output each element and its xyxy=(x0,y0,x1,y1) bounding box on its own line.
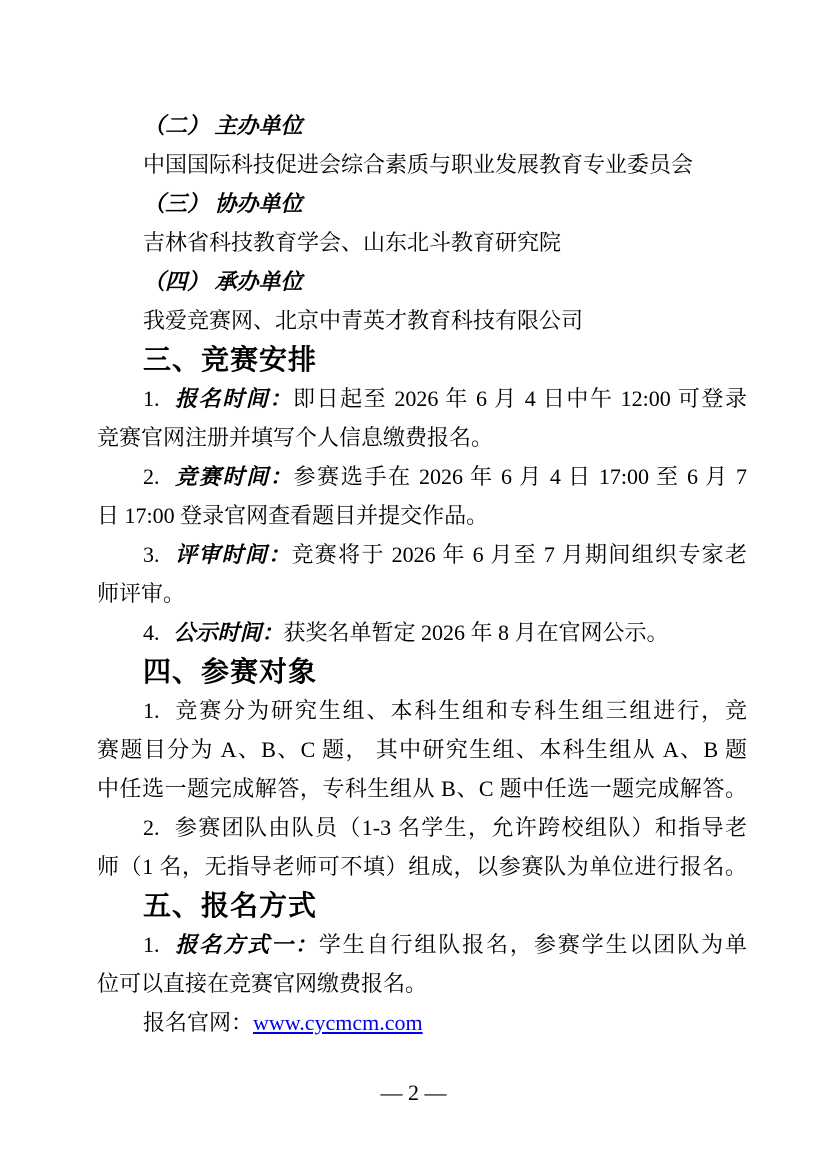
item-registration-method1-label: 报名方式一： xyxy=(174,932,319,957)
item-number: 1. xyxy=(143,698,160,723)
item-competition-time-continuation: 日 17:00 登录官网查看题目并提交作品。 xyxy=(97,496,747,535)
item-number: 3. xyxy=(143,542,160,567)
item-registration-time-text: 即日起至 2026 年 6 月 4 日中午 12:00 可登录 xyxy=(293,386,747,411)
subheading-coorganizer-unit: （三） 协办单位 xyxy=(97,184,747,223)
coorganizer-unit-names-text: 吉林省科技教育学会、山东北斗教育研究院 xyxy=(143,230,561,255)
section-heading-participants: 四、参赛对象 xyxy=(97,652,747,691)
subheading-host-unit-text: （二） 主办单位 xyxy=(143,113,303,138)
host-unit-name-text: 中国国际科技促进会综合素质与职业发展教育专业委员会 xyxy=(143,152,693,177)
page-number: — 2 — xyxy=(0,1078,827,1108)
registration-website-label: 报名官网： xyxy=(143,1010,253,1035)
item-review-time: 3.评审时间：竞赛将于 2026 年 6 月至 7 月期间组织专家老 xyxy=(97,535,747,574)
item-registration-method1-line1-text: 学生自行组队报名，参赛学生以团队为单 xyxy=(319,932,747,957)
organizer-unit-names-text: 我爱竞赛网、北京中青英才教育科技有限公司 xyxy=(143,308,583,333)
item-registration-method1-line2: 位可以直接在竞赛官网缴费报名。 xyxy=(97,964,747,1003)
subheading-host-unit: （二） 主办单位 xyxy=(97,106,747,145)
item-registration-time-continuation: 竞赛官网注册并填写个人信息缴费报名。 xyxy=(97,418,747,457)
item-competition-time-text: 参赛选手在 2026 年 6 月 4 日 17:00 至 6 月 7 xyxy=(293,464,747,489)
item-groups-line2-text: 赛题目分为 A、B、C 题， 其中研究生组、本科生组从 A、B 题 xyxy=(97,737,747,762)
subheading-organizer-unit-text: （四） 承办单位 xyxy=(143,269,303,294)
item-competition-time: 2.竞赛时间：参赛选手在 2026 年 6 月 4 日 17:00 至 6 月 … xyxy=(97,457,747,496)
section-heading-participants-text: 四、参赛对象 xyxy=(143,656,317,687)
host-unit-name: 中国国际科技促进会综合素质与职业发展教育专业委员会 xyxy=(97,145,747,184)
item-number: 2. xyxy=(143,464,160,489)
item-groups-line3: 中任选一题完成解答，专科生组从 B、C 题中任选一题完成解答。 xyxy=(97,769,747,808)
item-registration-method1-line2-text: 位可以直接在竞赛官网缴费报名。 xyxy=(97,971,427,996)
item-number: 4. xyxy=(143,620,160,645)
item-announcement-time-label: 公示时间： xyxy=(174,620,284,645)
document-page: （二） 主办单位 中国国际科技促进会综合素质与职业发展教育专业委员会 （三） 协… xyxy=(0,0,827,1169)
section-heading-registration-method-text: 五、报名方式 xyxy=(143,890,317,921)
item-groups-line3-text: 中任选一题完成解答，专科生组从 B、C 题中任选一题完成解答。 xyxy=(97,776,747,801)
item-review-time-continuation: 师评审。 xyxy=(97,574,747,613)
item-review-time-text: 竞赛将于 2026 年 6 月至 7 月期间组织专家老 xyxy=(291,542,747,567)
item-registration-time: 1.报名时间：即日起至 2026 年 6 月 4 日中午 12:00 可登录 xyxy=(97,379,747,418)
item-team-composition-line2: 师（1 名，无指导老师可不填）组成，以参赛队为单位进行报名。 xyxy=(97,847,747,886)
item-registration-time-continuation-text: 竞赛官网注册并填写个人信息缴费报名。 xyxy=(97,425,493,450)
section-heading-competition-schedule: 三、竞赛安排 xyxy=(97,340,747,379)
item-number: 1. xyxy=(143,386,160,411)
item-team-composition-line1-text: 参赛团队由队员（1-3 名学生，允许跨校组队）和指导老 xyxy=(174,815,748,840)
item-team-composition-line1: 2.参赛团队由队员（1-3 名学生，允许跨校组队）和指导老 xyxy=(97,808,747,847)
item-review-time-continuation-text: 师评审。 xyxy=(97,581,185,606)
item-competition-time-continuation-text: 日 17:00 登录官网查看题目并提交作品。 xyxy=(97,503,488,528)
item-competition-time-label: 竞赛时间： xyxy=(174,464,294,489)
subheading-organizer-unit: （四） 承办单位 xyxy=(97,262,747,301)
item-announcement-time-text: 获奖名单暂定 2026 年 8 月在官网公示。 xyxy=(284,620,669,645)
registration-website-line: 报名官网：www.cycmcm.com xyxy=(97,1003,747,1042)
item-registration-method1-line1: 1.报名方式一：学生自行组队报名，参赛学生以团队为单 xyxy=(97,925,747,964)
section-heading-registration-method: 五、报名方式 xyxy=(97,886,747,925)
document-body: （二） 主办单位 中国国际科技促进会综合素质与职业发展教育专业委员会 （三） 协… xyxy=(97,106,747,1042)
item-number: 2. xyxy=(143,815,160,840)
item-registration-time-label: 报名时间： xyxy=(174,386,293,411)
item-team-composition-line2-text: 师（1 名，无指导老师可不填）组成，以参赛队为单位进行报名。 xyxy=(97,854,747,879)
organizer-unit-names: 我爱竞赛网、北京中青英才教育科技有限公司 xyxy=(97,301,747,340)
item-groups-line1-text: 竞赛分为研究生组、本科生组和专科生组三组进行，竞 xyxy=(174,698,748,723)
item-groups-line2: 赛题目分为 A、B、C 题， 其中研究生组、本科生组从 A、B 题 xyxy=(97,730,747,769)
item-number: 1. xyxy=(143,932,160,957)
section-heading-competition-schedule-text: 三、竞赛安排 xyxy=(143,344,317,375)
item-review-time-label: 评审时间： xyxy=(174,542,292,567)
subheading-coorganizer-unit-text: （三） 协办单位 xyxy=(143,191,303,216)
item-announcement-time: 4.公示时间：获奖名单暂定 2026 年 8 月在官网公示。 xyxy=(97,613,747,652)
coorganizer-unit-names: 吉林省科技教育学会、山东北斗教育研究院 xyxy=(97,223,747,262)
item-groups-line1: 1.竞赛分为研究生组、本科生组和专科生组三组进行，竞 xyxy=(97,691,747,730)
registration-website-link[interactable]: www.cycmcm.com xyxy=(253,1010,423,1035)
